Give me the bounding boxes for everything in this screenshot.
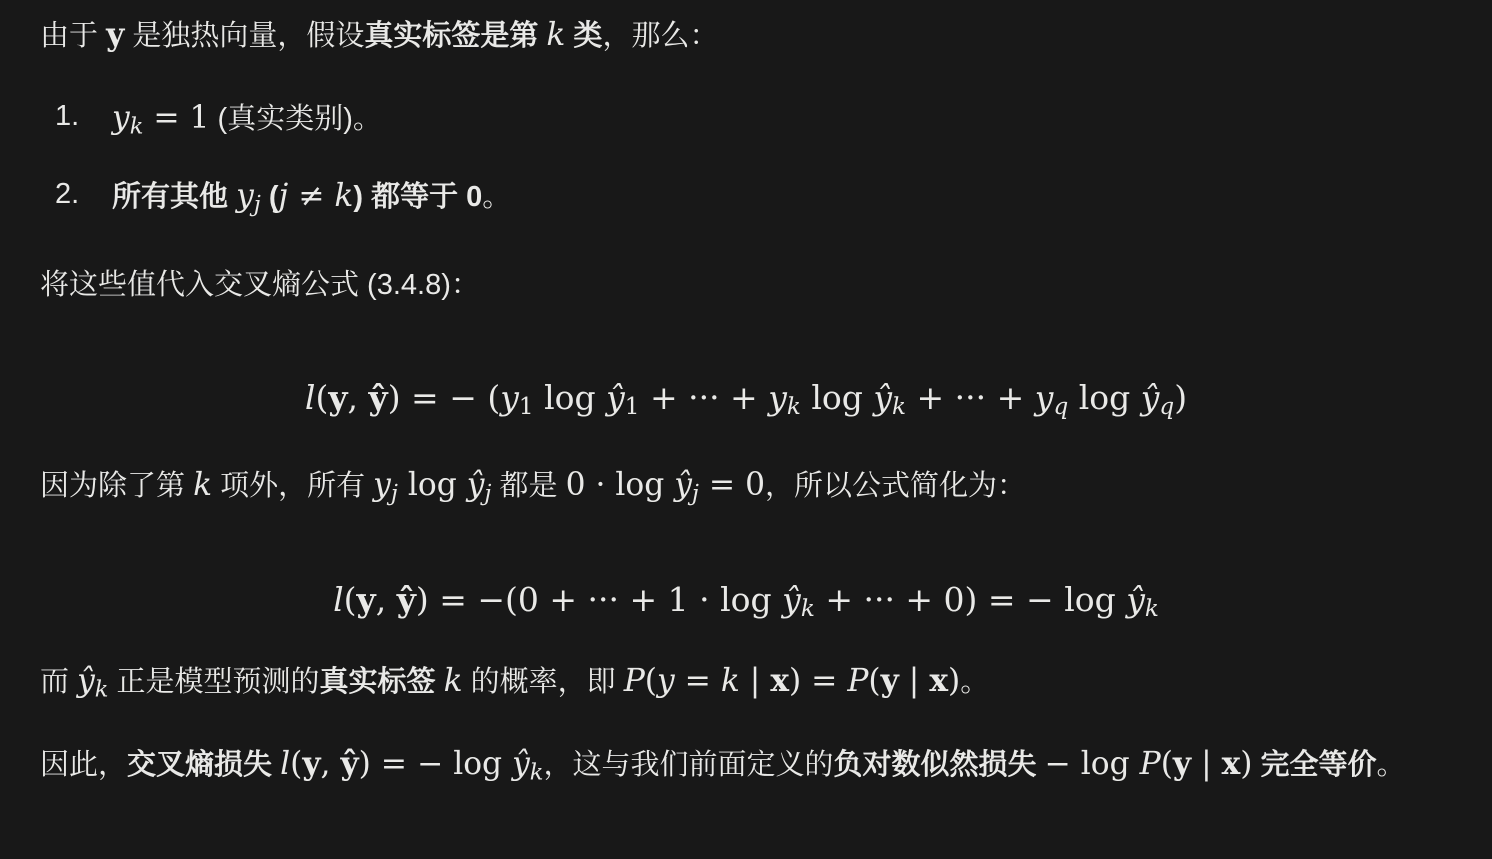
message-content: 由于 y 是独热向量，假设真实标签是第 k 类，那么： 1. yk = 1 (真… [40, 10, 1452, 795]
text-segment: k [1145, 596, 1159, 622]
text-segment: = 0 [699, 467, 765, 503]
text-segment: = 1 [143, 100, 209, 136]
text-segment: k [530, 760, 544, 786]
text-segment: , [348, 378, 369, 417]
text-segment: ) [1174, 378, 1187, 417]
text-segment: k [334, 178, 353, 214]
text-segment: j [692, 481, 699, 507]
text-segment: ŷ [340, 746, 358, 782]
text-segment: 负对数似然损失 [833, 749, 1044, 781]
text-segment: log [398, 467, 467, 503]
text-segment: j [391, 481, 398, 507]
text-segment: log [801, 378, 874, 417]
text-segment: P [1140, 746, 1161, 782]
text-segment: k [892, 395, 906, 421]
list-item-text: yk = 1 (真实类别)。 [112, 94, 382, 144]
list-item-text: 所有其他 yj (j ≠ k) 都等于 0。 [112, 172, 511, 222]
text-segment: x [1222, 746, 1241, 782]
document-page: { "page": { "background_color": "#181818… [0, 0, 1492, 859]
text-segment: ( [1161, 746, 1173, 782]
text-segment: ，这与我们前面定义的 [543, 749, 833, 781]
text-segment: + ··· + 0) = − log [815, 580, 1126, 619]
text-segment: ŷ [674, 467, 692, 503]
text-segment: j [254, 191, 261, 217]
text-segment: k [193, 467, 212, 503]
text-segment: y [106, 17, 124, 53]
text-segment: ，那么： [602, 20, 718, 52]
text-segment: ( [290, 746, 302, 782]
display-formula-cross-entropy: l(y, ŷ) = − (y1 log ŷ1 + ··· + yk log ŷk… [40, 372, 1452, 426]
paragraph-probability: 而 ŷk 正是模型预测的真实标签 k 的概率，即 P(y = k | x) = … [40, 656, 1452, 708]
text-segment: ≠ [288, 178, 334, 214]
text-segment: ŷ [782, 580, 801, 619]
text-segment: 都是 [491, 470, 565, 502]
text-segment: ( [269, 181, 279, 213]
text-segment: | [1191, 746, 1221, 782]
paragraph-simplify: 因为除了第 k 项外，所有 yj log ŷj 都是 0 · log ŷj = … [40, 460, 1452, 512]
text-segment: 。 [960, 666, 989, 698]
text-segment: ) [1240, 746, 1252, 782]
text-segment: y [302, 746, 320, 782]
paragraph-conclusion: 因此，交叉熵损失 l(y, ŷ) = − log ŷk，这与我们前面定义的负对数… [40, 735, 1452, 794]
text-segment: 。 [482, 181, 511, 213]
text-segment: y [768, 378, 787, 417]
text-segment: l [333, 580, 344, 619]
text-segment: 因为除了第 [40, 470, 193, 502]
text-segment: 的概率，即 [463, 666, 624, 698]
text-segment [261, 181, 269, 213]
text-segment: ) = − ( [388, 378, 501, 417]
list-item-marker: 2. [55, 172, 112, 222]
text-segment: k [787, 395, 801, 421]
text-segment: 所有其他 [112, 181, 236, 213]
text-segment: 因此， [40, 749, 127, 781]
text-segment: ŷ [512, 746, 530, 782]
text-segment: + ··· + [906, 378, 1035, 417]
text-segment: y [236, 178, 254, 214]
text-segment: ) = [789, 663, 847, 699]
text-segment: y [357, 580, 376, 619]
text-segment: y [657, 663, 675, 699]
text-segment [1252, 749, 1260, 781]
text-segment: | [899, 663, 929, 699]
text-segment: , [376, 580, 397, 619]
text-segment: ) = − log [359, 746, 512, 782]
text-segment: 0 · log [566, 467, 675, 503]
text-segment: ( [645, 663, 657, 699]
text-segment: q [1053, 395, 1068, 421]
text-segment: l [280, 746, 290, 782]
list-item: 2. 所有其他 yj (j ≠ k) 都等于 0。 [55, 172, 1452, 222]
text-segment: x [929, 663, 948, 699]
text-segment: 真实标签 [320, 666, 444, 698]
ordered-list: 1. yk = 1 (真实类别)。 2. 所有其他 yj (j ≠ k) 都等于… [40, 94, 1452, 222]
text-segment: ŷ [606, 378, 625, 417]
paragraph-intro: 由于 y 是独热向量，假设真实标签是第 k 类，那么： [40, 10, 1452, 60]
text-segment: 都等于 0 [363, 181, 482, 213]
text-segment: ( [315, 378, 328, 417]
text-segment: log [1068, 378, 1141, 417]
text-segment: 而 [40, 666, 77, 698]
text-segment: 将这些值代入交叉熵公式 (3.4.8)： [40, 269, 480, 301]
text-segment: , [321, 746, 341, 782]
text-segment: 正是模型预测的 [108, 666, 319, 698]
text-segment: y [500, 378, 519, 417]
text-segment: 完全等价 [1261, 749, 1377, 781]
display-formula-simplified: l(y, ŷ) = −(0 + ··· + 1 · log ŷk + ··· +… [40, 574, 1452, 628]
list-item: 1. yk = 1 (真实类别)。 [55, 94, 1452, 144]
text-segment: q [1159, 395, 1174, 421]
text-segment: k [95, 676, 109, 702]
text-segment: 。 [1377, 749, 1406, 781]
text-segment: ŷ [397, 580, 416, 619]
text-segment: 由于 [40, 20, 106, 52]
text-segment: (真实类别)。 [209, 103, 381, 135]
text-segment: y [112, 100, 130, 136]
text-segment: 1 [519, 395, 534, 421]
text-segment: − log [1045, 746, 1140, 782]
text-segment: 是独热向量，假设 [124, 20, 364, 52]
text-segment: ) [353, 181, 363, 213]
text-segment: j [279, 178, 289, 214]
text-segment: ( [344, 580, 357, 619]
text-segment: ŷ [873, 378, 892, 417]
text-segment: 1 [625, 395, 640, 421]
text-segment: ŷ [1141, 378, 1160, 417]
text-segment: ŷ [1126, 580, 1145, 619]
text-segment: x [770, 663, 789, 699]
text-segment: y [881, 663, 899, 699]
text-segment: P [847, 663, 868, 699]
text-segment: 真实标签是第 [364, 20, 546, 52]
text-segment: l [305, 378, 316, 417]
text-segment: P [624, 663, 645, 699]
text-segment: | [740, 663, 770, 699]
text-segment: log [534, 378, 607, 417]
text-segment: = [675, 663, 721, 699]
text-segment: y [1173, 746, 1191, 782]
text-segment: 交叉熵损失 [127, 749, 280, 781]
text-segment: y [373, 467, 391, 503]
text-segment: y [1035, 378, 1054, 417]
text-segment: ) = −(0 + ··· + 1 · log [416, 580, 782, 619]
text-segment: k [801, 596, 815, 622]
text-segment: y [328, 378, 347, 417]
list-item-marker: 1. [55, 94, 112, 144]
text-segment: k [546, 17, 565, 53]
text-segment: k [444, 663, 463, 699]
text-segment: ，所以公式简化为： [765, 470, 1026, 502]
text-segment: ) [948, 663, 960, 699]
text-segment: 类 [565, 20, 602, 52]
paragraph-substitute: 将这些值代入交叉熵公式 (3.4.8)： [40, 262, 1452, 308]
text-segment: ŷ [77, 663, 95, 699]
text-segment: k [721, 663, 740, 699]
text-segment: ( [868, 663, 880, 699]
text-segment: + ··· + [639, 378, 768, 417]
text-segment: 项外，所有 [212, 470, 373, 502]
text-segment: k [130, 114, 144, 140]
text-segment: ŷ [369, 378, 388, 417]
text-segment: ŷ [467, 467, 485, 503]
